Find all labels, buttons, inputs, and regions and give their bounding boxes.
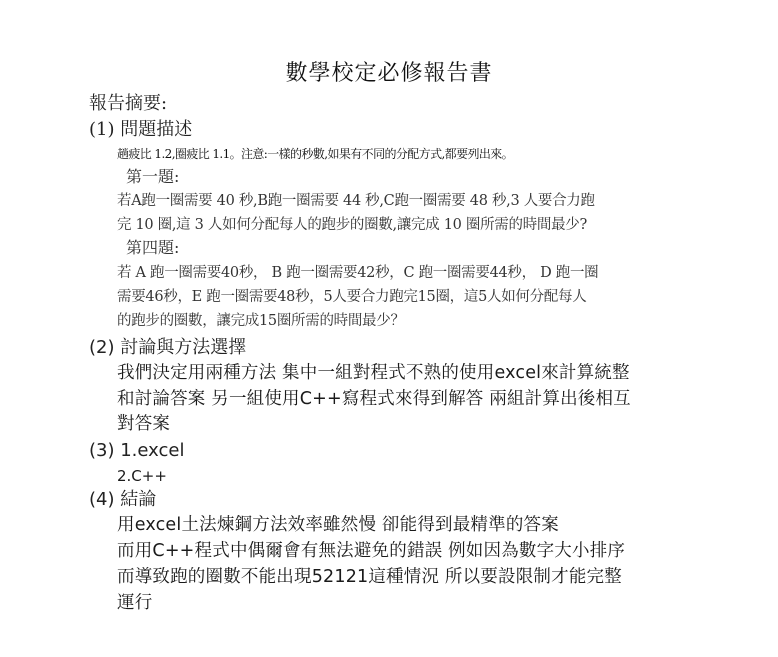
section-4-heading: (4) 結論 [89, 488, 156, 512]
question-4-line: 若 A 跑一圈需要40秒， B 跑一圈需要42秒，C 跑一圈需要44秒， D 跑… [117, 262, 598, 285]
section-2-line: 和討論答案 另一組使用C++寫程式來得到解答 兩組計算出後相互 [117, 387, 631, 412]
section-2-line: 對答案 [117, 412, 170, 437]
question-4-line: 需要46秒，E 跑一圈需要48秒，5人要合力跑完15圈，這5人如何分配每人 [117, 286, 586, 309]
section-2-line: 我們決定用兩種方法 集中一組對程式不熟的使用excel來計算統整 [117, 361, 630, 386]
section-2-heading: (2) 討論與方法選擇 [89, 336, 246, 360]
section-1-note: 趟疲比 1.2,圈疲比 1.1。注意:一樣的秒數,如果有不同的分配方式,都要列出… [117, 146, 513, 162]
section-4-line: 而導致跑的圈數不能出現52121這種情況 所以要設限制才能完整 [117, 565, 622, 590]
question-1-line: 若A跑一圈需要 40 秒,B跑一圈需要 44 秒,C跑一圈需要 48 秒,3 人… [117, 190, 595, 213]
section-3-line: 2.C++ [117, 465, 167, 487]
section-4-line: 運行 [117, 591, 152, 616]
page-title: 數學校定必修報告書 [0, 60, 778, 88]
question-4-line: 的跑步的圈數，讓完成15圈所需的時間最少？ [117, 310, 405, 333]
question-4-label: 第四題: [126, 237, 179, 259]
question-1-label: 第一題: [126, 166, 179, 188]
summary-heading: 報告摘要: [89, 92, 167, 116]
question-1-line: 完 10 圈,這 3 人如何分配每人的跑步的圈數,讓完成 10 圈所需的時間最少… [117, 214, 587, 237]
report-page: 數學校定必修報告書 報告摘要: (1) 問題描述 趟疲比 1.2,圈疲比 1.1… [0, 0, 778, 657]
section-4-line: 而用C++程式中偶爾會有無法避免的錯誤 例如因為數字大小排序 [117, 539, 625, 564]
section-3-heading: (3) 1.excel [89, 439, 184, 463]
section-4-line: 用excel土法煉鋼方法效率雖然慢 卻能得到最精準的答案 [117, 513, 559, 538]
section-1-heading: (1) 問題描述 [89, 118, 192, 142]
